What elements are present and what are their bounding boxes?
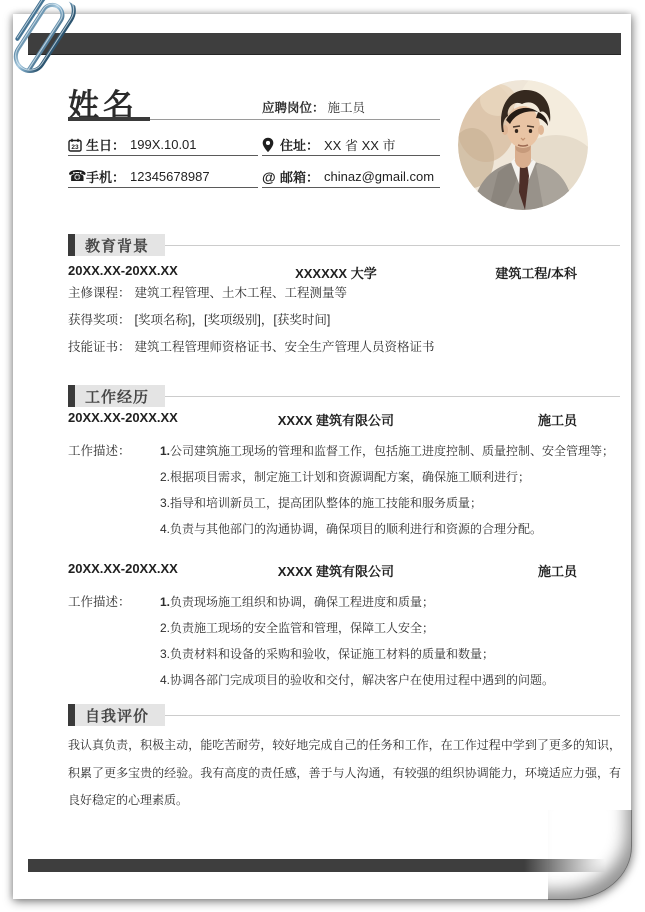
item-text: 负责施工现场的安全监管和管理，保障工人安全；	[170, 621, 434, 635]
item-number: 1.	[160, 595, 170, 609]
item-number: 2.	[160, 621, 170, 635]
contact-value: XX 省 XX 市	[324, 135, 396, 154]
item-number: 2.	[160, 470, 170, 484]
edu-detail-label: 主修课程：	[68, 286, 131, 300]
item-text: 负责材料和设备的采购和验收，保证施工材料的质量和数量；	[170, 647, 494, 661]
page-curl	[548, 810, 632, 900]
edu-detail-row: 主修课程：建筑工程管理、土木工程、工程测量等	[68, 280, 620, 307]
item-number: 1.	[160, 444, 170, 458]
section-title: 自我评价	[75, 704, 165, 726]
edu-detail-row: 获得奖项：[奖项名称]，[奖项级别]，[获奖时间]	[68, 307, 620, 334]
resume-preview: 姓名 应聘岗位：施工员 23 生日： 199X.10.01 ☎ 手机： 1234…	[0, 0, 645, 912]
section-rule	[165, 396, 620, 397]
section-rule	[165, 245, 620, 246]
edu-detail-row: 技能证书：建筑工程管理师资格证书、安全生产管理人员资格证书	[68, 334, 620, 361]
job-role: 施工员	[443, 410, 577, 429]
edu-detail-value: 建筑工程管理师资格证书、安全生产管理人员资格证书	[135, 340, 435, 354]
apply-position-label: 应聘岗位：	[262, 101, 325, 115]
contact-value: chinaz@gmail.com	[324, 169, 434, 184]
edu-detail-value: [奖项名称]，[奖项级别]，[获奖时间]	[135, 313, 331, 327]
section-accent-bar	[68, 385, 75, 407]
at-icon: @	[262, 169, 280, 185]
job-desc-items: 1.负责现场施工组织和协调，确保工程进度和质量； 2.负责施工现场的安全监管和管…	[160, 589, 620, 693]
contact-email-row: @ 邮箱： chinaz@gmail.com	[262, 166, 440, 188]
contact-phone-row: ☎ 手机： 12345678987	[68, 166, 258, 188]
job-desc-item: 4.负责与其他部门的沟通协调，确保项目的顺利进行和资源的合理分配。	[160, 516, 620, 542]
education-details: 主修课程：建筑工程管理、土木工程、工程测量等 获得奖项：[奖项名称]，[奖项级别…	[68, 280, 620, 361]
section-self-eval-header: 自我评价	[68, 704, 620, 726]
job-desc-item: 2.负责施工现场的安全监管和管理，保障工人安全；	[160, 615, 620, 641]
item-number: 4.	[160, 673, 170, 687]
phone-icon: ☎	[68, 169, 86, 184]
calendar-icon: 23	[68, 138, 86, 152]
bottom-accent-bar	[28, 859, 605, 872]
section-experience-header: 工作经历	[68, 385, 620, 407]
job-period: 20XX.XX-20XX.XX	[68, 410, 229, 429]
job-desc-item: 4.协调各部门完成项目的验收和交付，解决客户在使用过程中遇到的问题。	[160, 667, 620, 693]
item-text: 负责现场施工组织和协调，确保工程进度和质量；	[170, 595, 434, 609]
job-desc-items: 1.公司建筑施工现场的管理和监督工作，包括施工进度控制、质量控制、安全管理等； …	[160, 438, 620, 542]
item-text: 负责与其他部门的沟通协调，确保项目的顺利进行和资源的合理分配。	[170, 522, 542, 536]
top-accent-bar	[28, 33, 621, 55]
contact-label: 住址：	[280, 135, 319, 154]
contact-label: 生日：	[86, 135, 125, 154]
job-description: 工作描述： 1.负责现场施工组织和协调，确保工程进度和质量； 2.负责施工现场的…	[68, 589, 620, 693]
job-desc-label: 工作描述：	[68, 589, 160, 693]
section-accent-bar	[68, 234, 75, 256]
name-underline	[68, 117, 440, 121]
job-company: XXXX 建筑有限公司	[229, 410, 443, 429]
edu-detail-value: 建筑工程管理、土木工程、工程测量等	[135, 286, 348, 300]
contact-label: 手机：	[86, 167, 125, 186]
job-desc-item: 1.负责现场施工组织和协调，确保工程进度和质量；	[160, 589, 620, 615]
item-number: 3.	[160, 647, 170, 661]
job-desc-label: 工作描述：	[68, 438, 160, 542]
self-eval-text: 我认真负责，积极主动，能吃苦耐劳，较好地完成自己的任务和工作，在工作过程中学到了…	[68, 732, 621, 815]
apply-position: 应聘岗位：施工员	[262, 98, 365, 116]
section-rule	[165, 715, 620, 716]
job-row: 20XX.XX-20XX.XX XXXX 建筑有限公司 施工员	[68, 561, 577, 580]
item-number: 4.	[160, 522, 170, 536]
svg-text:23: 23	[71, 144, 79, 151]
section-title: 教育背景	[75, 234, 165, 256]
job-desc-item: 3.指导和培训新员工，提高团队整体的施工技能和服务质量；	[160, 490, 620, 516]
contact-label: 邮箱：	[280, 167, 319, 186]
item-text: 协调各部门完成项目的验收和交付，解决客户在使用过程中遇到的问题。	[170, 673, 554, 687]
section-education-header: 教育背景	[68, 234, 620, 256]
job-desc-item: 1.公司建筑施工现场的管理和监督工作，包括施工进度控制、质量控制、安全管理等；	[160, 438, 620, 464]
item-text: 指导和培训新员工，提高团队整体的施工技能和服务质量；	[170, 496, 482, 510]
edu-detail-label: 获得奖项：	[68, 313, 131, 327]
section-accent-bar	[68, 704, 75, 726]
profile-photo	[458, 80, 588, 210]
apply-position-value: 施工员	[328, 101, 366, 115]
section-title: 工作经历	[75, 385, 165, 407]
job-company: XXXX 建筑有限公司	[229, 561, 443, 580]
job-desc-item: 3.负责材料和设备的采购和验收，保证施工材料的质量和数量；	[160, 641, 620, 667]
edu-detail-label: 技能证书：	[68, 340, 131, 354]
job-description: 工作描述： 1.公司建筑施工现场的管理和监督工作，包括施工进度控制、质量控制、安…	[68, 438, 620, 542]
job-role: 施工员	[443, 561, 577, 580]
contact-address-row: 住址： XX 省 XX 市	[262, 134, 440, 156]
job-desc-item: 2.根据项目需求，制定施工计划和资源调配方案，确保施工顺利进行；	[160, 464, 620, 490]
location-pin-icon	[262, 137, 280, 153]
item-number: 3.	[160, 496, 170, 510]
contact-birthday-row: 23 生日： 199X.10.01	[68, 134, 258, 156]
resume-page: 姓名 应聘岗位：施工员 23 生日： 199X.10.01 ☎ 手机： 1234…	[13, 14, 631, 899]
job-period: 20XX.XX-20XX.XX	[68, 561, 229, 580]
job-row: 20XX.XX-20XX.XX XXXX 建筑有限公司 施工员	[68, 410, 577, 429]
contact-value: 12345678987	[130, 169, 210, 184]
contact-value: 199X.10.01	[130, 137, 197, 152]
item-text: 根据项目需求，制定施工计划和资源调配方案，确保施工顺利进行；	[170, 470, 530, 484]
item-text: 公司建筑施工现场的管理和监督工作，包括施工进度控制、质量控制、安全管理等；	[170, 444, 614, 458]
